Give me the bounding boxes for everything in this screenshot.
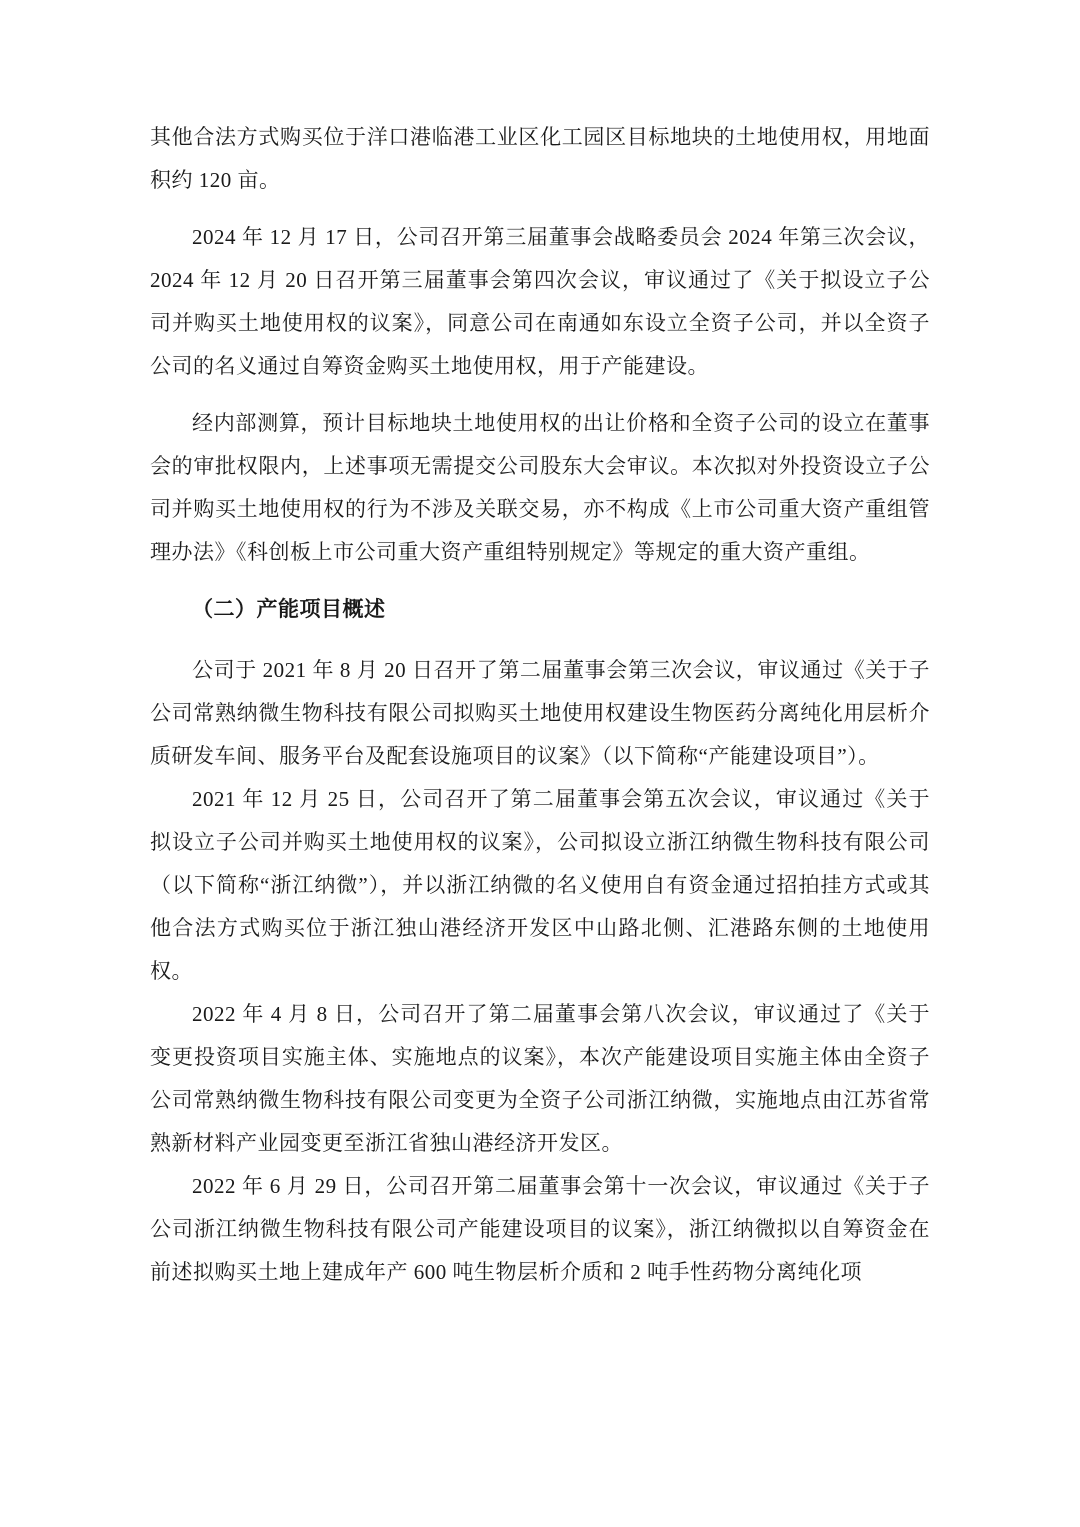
document-page: 其他合法方式购买位于洋口港临港工业区化工园区目标地块的土地使用权，用地面积约 1…: [0, 0, 1080, 1527]
paragraph-board-meeting-2021-12: 2021 年 12 月 25 日，公司召开了第二届董事会第五次会议，审议通过《关…: [150, 778, 930, 993]
paragraph-land-use-right-continuation: 其他合法方式购买位于洋口港临港工业区化工园区目标地块的土地使用权，用地面积约 1…: [150, 116, 930, 202]
paragraph-board-meeting-2021-08: 公司于 2021 年 8 月 20 日召开了第二届董事会第三次会议，审议通过《关…: [150, 649, 930, 778]
document-body: 其他合法方式购买位于洋口港临港工业区化工园区目标地块的土地使用权，用地面积约 1…: [150, 116, 930, 1294]
section-heading-capacity-project-overview: （二）产能项目概述: [150, 588, 930, 631]
paragraph-board-meeting-2022-06: 2022 年 6 月 29 日，公司召开第二届董事会第十一次会议，审议通过《关于…: [150, 1165, 930, 1294]
paragraph-board-meeting-2022-04: 2022 年 4 月 8 日，公司召开了第二届董事会第八次会议，审议通过了《关于…: [150, 993, 930, 1165]
paragraph-internal-assessment: 经内部测算，预计目标地块土地使用权的出让价格和全资子公司的设立在董事会的审批权限…: [150, 402, 930, 574]
paragraph-board-meeting-2024: 2024 年 12 月 17 日，公司召开第三届董事会战略委员会 2024 年第…: [150, 216, 930, 388]
